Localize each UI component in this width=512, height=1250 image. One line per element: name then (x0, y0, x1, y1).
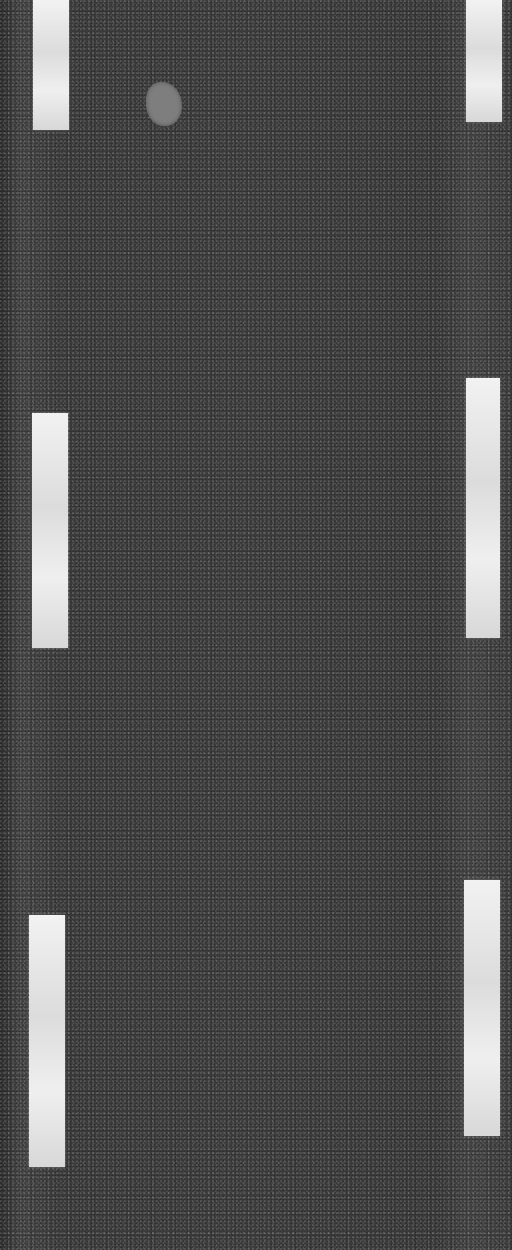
lane-marking-right-2 (466, 378, 500, 638)
road-surface: Top-down view of an asphalt road segment… (0, 0, 512, 1250)
asphalt-patch (146, 82, 182, 126)
lane-marking-right-3 (464, 880, 500, 1136)
lane-marking-right-1 (466, 0, 502, 122)
lane-marking-left-3 (29, 915, 65, 1167)
lane-marking-left-2 (32, 413, 68, 648)
lane-marking-left-1 (33, 0, 69, 130)
asphalt-texture (0, 0, 512, 1250)
